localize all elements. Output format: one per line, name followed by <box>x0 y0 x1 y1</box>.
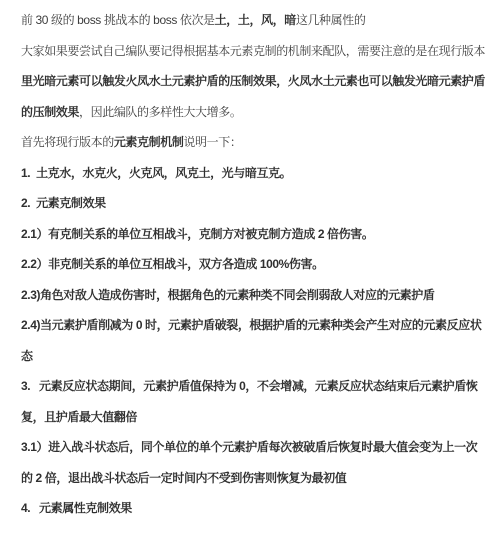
document-page: 前 30 级的 boss 挑战本的 boss 依次是土，土，风，暗这几种属性的大… <box>0 0 492 538</box>
emphasis-text: 里光暗元素可以触发火凤水土元素护盾的压制效果，火凤水土元素也可以触发光暗元素护盾 <box>21 74 485 88</box>
body-text: 说明一下： <box>183 135 241 149</box>
emphasis-text: 2.3)角色对敌人造成伤害时，根据角色的元素种类不同会削弱敌人对应的元素护盾 <box>21 288 434 302</box>
emphasis-text: 元素克制机制 <box>114 135 184 149</box>
body-text: 前 30 级的 boss 挑战本的 boss 依次是 <box>21 13 215 27</box>
emphasis-text: 2.4)当元素护盾削减为 0 时，元素护盾破裂，根据护盾的元素种类会产生对应的元… <box>21 318 481 332</box>
text-line: 大家如果要尝试自己编队要记得根据基本元素克制的机制来配队，需要注意的是在现行版本 <box>21 36 474 67</box>
text-line: 复，且护盾最大值翻倍 <box>21 402 474 433</box>
text-line: 首先将现行版本的元素克制机制说明一下： <box>21 127 474 158</box>
body-text: 首先将现行版本的 <box>21 135 114 149</box>
emphasis-text: 的 2 倍，退出战斗状态后一定时间内不受到伤害则恢复为最初值 <box>21 471 346 485</box>
emphasis-text: 2.1）有克制关系的单位互相战斗，克制方对被克制方造成 2 倍伤害。 <box>21 227 373 241</box>
document-body: 前 30 级的 boss 挑战本的 boss 依次是土，土，风，暗这几种属性的大… <box>21 5 474 524</box>
text-line: 态 <box>21 341 474 372</box>
text-line: 2.2）非克制关系的单位互相战斗，双方各造成 100%伤害。 <box>21 249 474 280</box>
text-line: 的 2 倍，退出战斗状态后一定时间内不受到伤害则恢复为最初值 <box>21 463 474 494</box>
emphasis-text: 1. 土克水，水克火，火克风，风克土，光与暗互克。 <box>21 166 291 180</box>
emphasis-text: 复，且护盾最大值翻倍 <box>21 410 137 424</box>
text-line: 前 30 级的 boss 挑战本的 boss 依次是土，土，风，暗这几种属性的 <box>21 5 474 36</box>
emphasis-text: 态 <box>21 349 33 363</box>
text-line: 3. 元素反应状态期间，元素护盾值保持为 0，不会增减，元素反应状态结束后元素护… <box>21 371 474 402</box>
body-text: ，因此编队的多样性大大增多。 <box>79 105 241 119</box>
text-line: 的压制效果，因此编队的多样性大大增多。 <box>21 97 474 128</box>
emphasis-text: 土，土，风，暗 <box>215 13 296 27</box>
text-line: 2.3)角色对敌人造成伤害时，根据角色的元素种类不同会削弱敌人对应的元素护盾 <box>21 280 474 311</box>
text-line: 4. 元素属性克制效果 <box>21 493 474 524</box>
emphasis-text: 4. 元素属性克制效果 <box>21 501 132 515</box>
body-text: 大家如果要尝试自己编队要记得根据基本元素克制的机制来配队，需要注意的是在现行版本 <box>21 44 485 58</box>
text-line: 3.1）进入战斗状态后，同个单位的单个元素护盾每次被破盾后恢复时最大值会变为上一… <box>21 432 474 463</box>
text-line: 2. 元素克制效果 <box>21 188 474 219</box>
text-line: 里光暗元素可以触发火凤水土元素护盾的压制效果，火凤水土元素也可以触发光暗元素护盾 <box>21 66 474 97</box>
emphasis-text: 的压制效果 <box>21 105 79 119</box>
text-line: 2.4)当元素护盾削减为 0 时，元素护盾破裂，根据护盾的元素种类会产生对应的元… <box>21 310 474 341</box>
body-text: 这几种属性的 <box>296 13 366 27</box>
emphasis-text: 2.2）非克制关系的单位互相战斗，双方各造成 100%伤害。 <box>21 257 324 271</box>
text-line: 2.1）有克制关系的单位互相战斗，克制方对被克制方造成 2 倍伤害。 <box>21 219 474 250</box>
emphasis-text: 2. 元素克制效果 <box>21 196 106 210</box>
emphasis-text: 3. 元素反应状态期间，元素护盾值保持为 0，不会增减，元素反应状态结束后元素护… <box>21 379 477 393</box>
emphasis-text: 3.1）进入战斗状态后，同个单位的单个元素护盾每次被破盾后恢复时最大值会变为上一… <box>21 440 477 454</box>
text-line: 1. 土克水，水克火，火克风，风克土，光与暗互克。 <box>21 158 474 189</box>
